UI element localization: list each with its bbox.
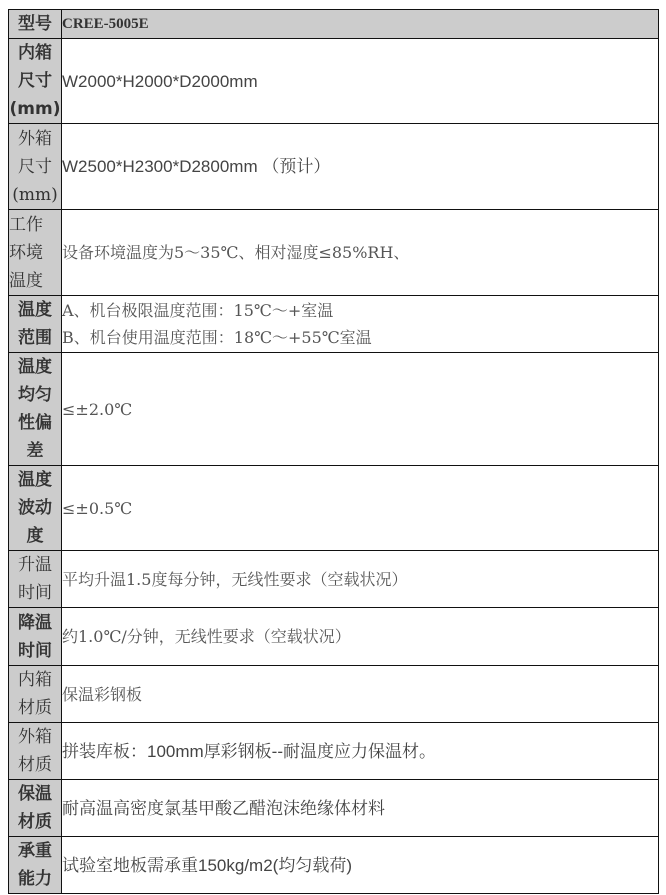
row-label: 外箱 材质 xyxy=(9,723,62,780)
model-label: 型号 xyxy=(9,10,62,39)
row-label: 温度 范围 xyxy=(9,296,62,353)
table-row-heating-time: 升温 时间 平均升温1.5度每分钟，无线性要求（空载状况） xyxy=(9,551,659,608)
table-row-insulation: 保温 材质 耐高温高密度氯基甲酸乙醋泡沫绝缘体材料 xyxy=(9,780,659,837)
table-row-fluctuation: 温度 波动 度 ≤±0.5℃ xyxy=(9,466,659,551)
model-value: CREE-5005E xyxy=(62,10,659,39)
row-value: 约1.0℃/分钟，无线性要求（空载状况） xyxy=(62,608,659,666)
table-row-inner-material: 内箱 材质 保温彩钢板 xyxy=(9,666,659,723)
row-label: 温度 均匀 性偏 差 xyxy=(9,353,62,466)
row-label: 内箱 尺寸 (mm) xyxy=(9,39,62,124)
row-label: 保温 材质 xyxy=(9,780,62,837)
row-label: 温度 波动 度 xyxy=(9,466,62,551)
row-label: 工作 环境 温度 xyxy=(9,210,62,296)
row-value: 试验室地板需承重150kg/m2(均匀载荷) xyxy=(62,837,659,894)
row-value: A、机台极限温度范围：15℃～+室温 B、机台使用温度范围：18℃～+55℃室温 xyxy=(62,296,659,353)
row-label: 承重 能力 xyxy=(9,837,62,894)
row-label: 内箱 材质 xyxy=(9,666,62,723)
row-value: ≤±0.5℃ xyxy=(62,466,659,551)
table-row-temp-range: 温度 范围 A、机台极限温度范围：15℃～+室温 B、机台使用温度范围：18℃～… xyxy=(9,296,659,353)
row-value: W2000*H2000*D2000mm xyxy=(62,39,659,124)
table-row-outer-material: 外箱 材质 拼装库板：100mm厚彩钢板--耐温度应力保温材。 xyxy=(9,723,659,780)
row-label: 升温 时间 xyxy=(9,551,62,608)
table-row-outer-size: 外箱 尺寸 (mm) W2500*H2300*D2800mm （预计） xyxy=(9,124,659,210)
table-header-row: 型号 CREE-5005E xyxy=(9,10,659,39)
table-row-work-env: 工作 环境 温度 设备环境温度为5～35℃、相对湿度≤85%RH、 xyxy=(9,210,659,296)
spec-table: 型号 CREE-5005E 内箱 尺寸 (mm) W2000*H2000*D20… xyxy=(8,9,659,894)
row-value: 耐高温高密度氯基甲酸乙醋泡沫绝缘体材料 xyxy=(62,780,659,837)
row-label: 降温 时间 xyxy=(9,608,62,666)
row-value: ≤±2.0℃ xyxy=(62,353,659,466)
row-value: 平均升温1.5度每分钟，无线性要求（空载状况） xyxy=(62,551,659,608)
table-row-inner-size: 内箱 尺寸 (mm) W2000*H2000*D2000mm xyxy=(9,39,659,124)
row-value: 拼装库板：100mm厚彩钢板--耐温度应力保温材。 xyxy=(62,723,659,780)
table-row-cooling-time: 降温 时间 约1.0℃/分钟，无线性要求（空载状况） xyxy=(9,608,659,666)
table-row-uniformity: 温度 均匀 性偏 差 ≤±2.0℃ xyxy=(9,353,659,466)
row-value: W2500*H2300*D2800mm （预计） xyxy=(62,124,659,210)
row-label: 外箱 尺寸 (mm) xyxy=(9,124,62,210)
row-value: 保温彩钢板 xyxy=(62,666,659,723)
table-row-load-capacity: 承重 能力 试验室地板需承重150kg/m2(均匀载荷) xyxy=(9,837,659,894)
row-value: 设备环境温度为5～35℃、相对湿度≤85%RH、 xyxy=(62,210,659,296)
